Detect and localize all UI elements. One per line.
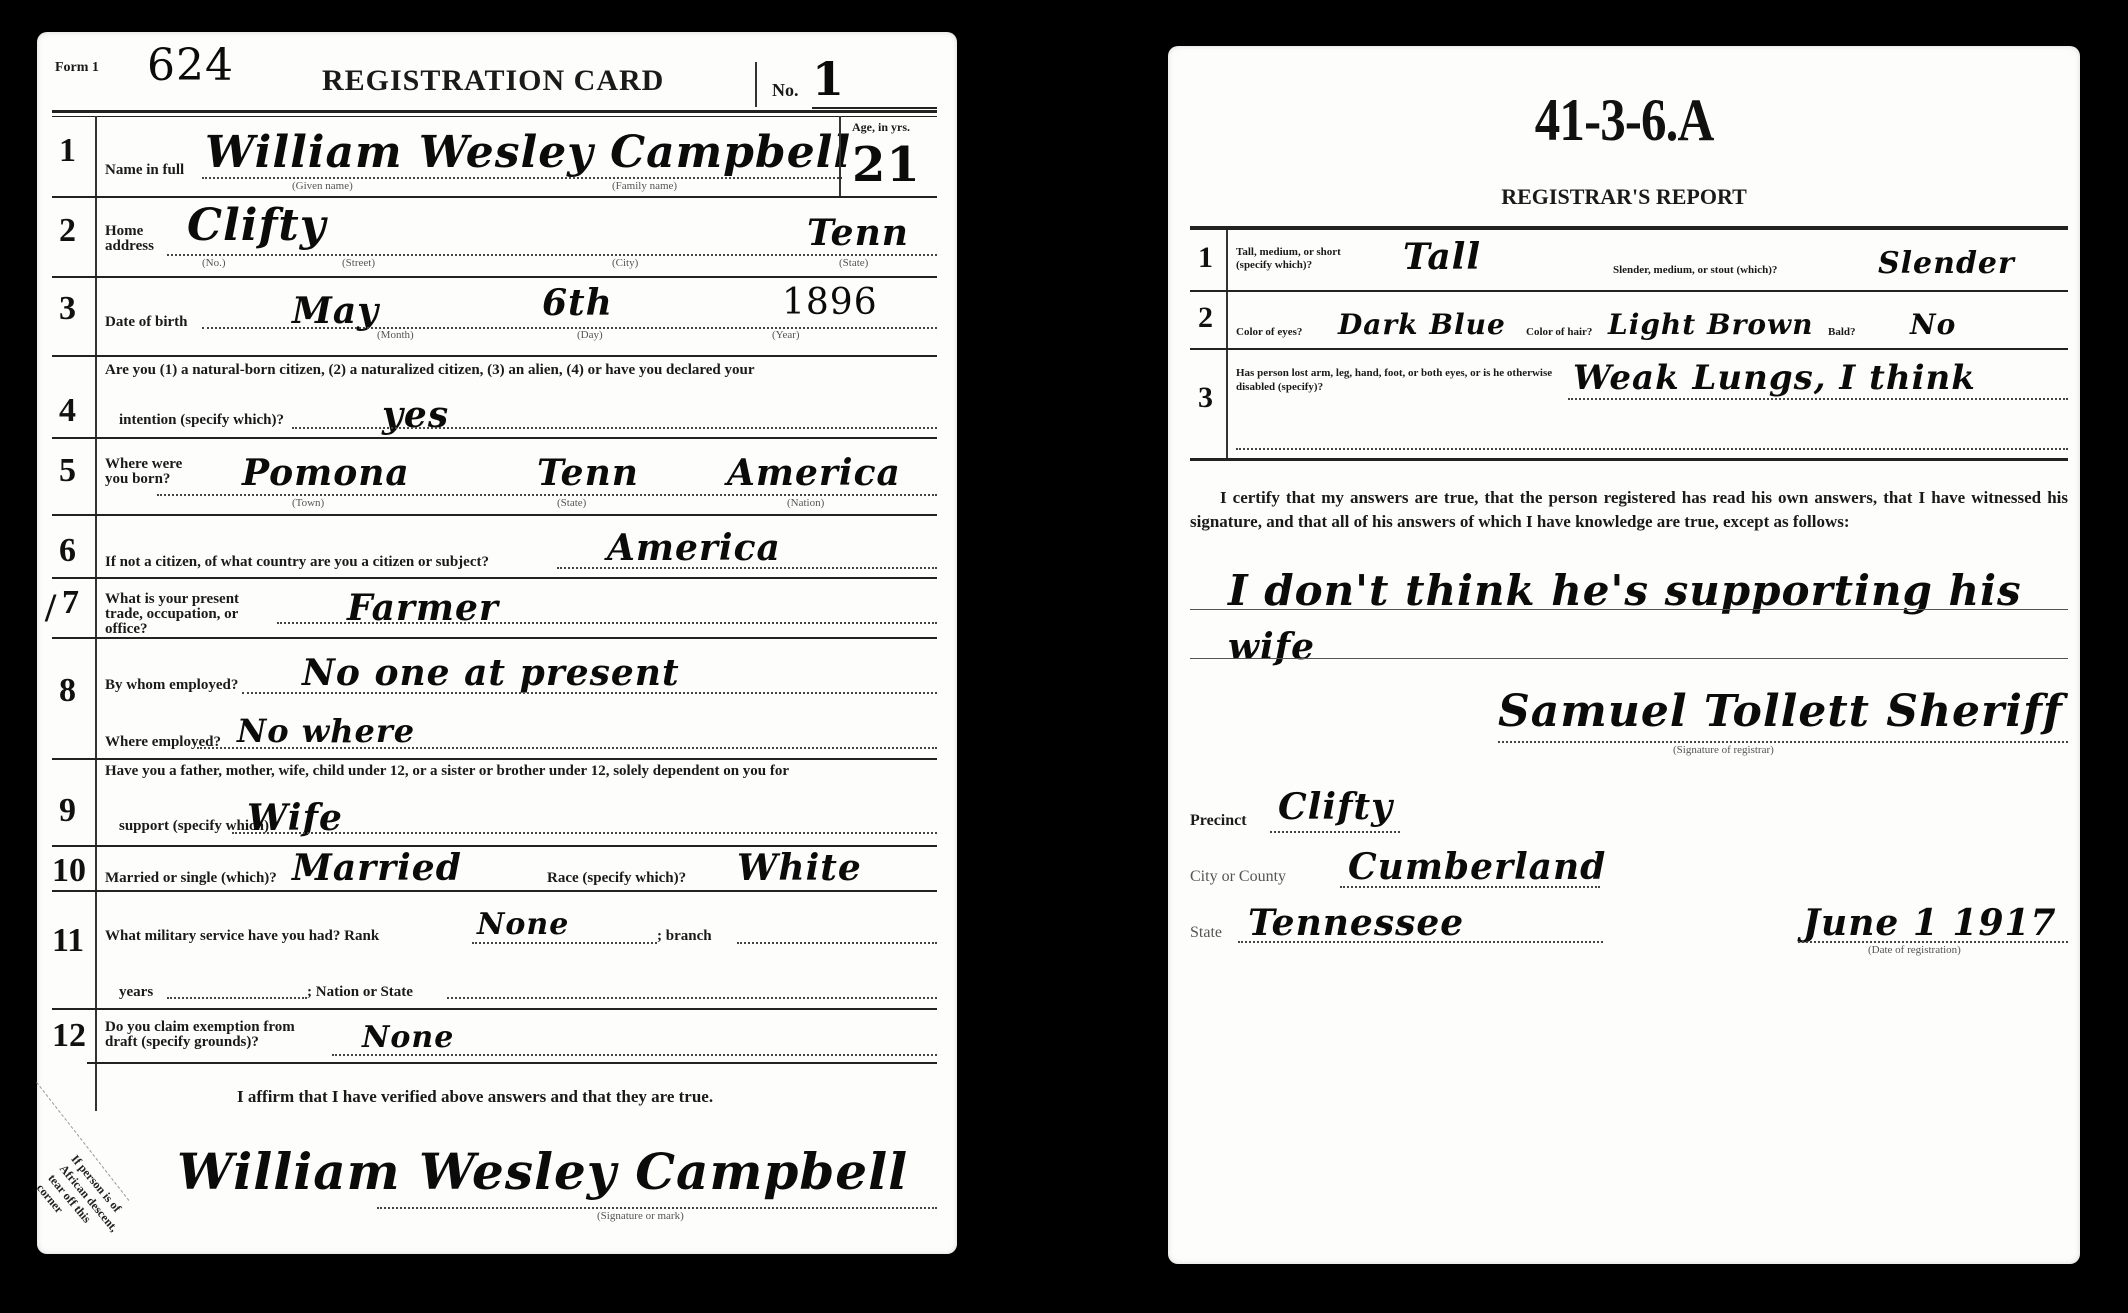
employer-underline [242,692,937,694]
row-number-12: 12 [52,1017,86,1055]
precinct-value[interactable]: Clifty [1278,786,1393,828]
exception-rule-1 [1190,609,2068,610]
report-number-rule [1226,230,1228,460]
registrant-signature: William Wesley Campbell [177,1142,908,1201]
serial-number: 41-3-6.A [1535,86,1714,155]
registration-card: Form 1 624 REGISTRATION CARD No. 1 1 Nam… [37,32,957,1254]
row-rule-1 [52,196,937,198]
state-value[interactable]: Tennessee [1248,902,1464,944]
military-years-label: years [119,984,153,1001]
row-rule-10 [52,890,937,892]
employer-label: By whom employed? [105,677,238,694]
dob-year-value[interactable]: 1896 [782,282,878,323]
foreign-citizen-value[interactable]: America [607,527,781,569]
signature-label: (Signature or mark) [597,1210,684,1222]
years-underline [167,997,307,999]
military-rank-value[interactable]: None [477,907,569,942]
name-label: Name in full [105,162,184,179]
exemption-value[interactable]: None [362,1020,454,1055]
report-top-rule [1190,226,2068,230]
employment-place-value[interactable]: No where [237,712,415,750]
disability-value[interactable]: Weak Lungs, I think [1573,358,1976,398]
row-rule-7 [52,637,937,639]
dob-year-label: (Year) [772,329,800,341]
height-value[interactable]: Tall [1403,236,1481,278]
birthplace-state-value[interactable]: Tenn [537,452,639,494]
number-column-rule [95,116,97,1111]
header-rule-2 [52,116,937,117]
dob-month-value[interactable]: May [292,290,379,332]
registration-date-underline [1798,941,2068,943]
no-label: No. [772,80,799,101]
row-number-8: 8 [59,672,76,710]
foreign-citizen-label: If not a citizen, of what country are yo… [105,554,489,571]
occupation-underline [277,622,937,624]
row-number-9: 9 [59,792,76,830]
report-title: REGISTRAR'S REPORT [1168,184,2080,210]
branch-underline [737,942,937,944]
disability-label: Has person lost arm, leg, hand, foot, or… [1236,366,1566,394]
row-number-5: 5 [59,452,76,490]
row-rule-2 [52,276,937,278]
row-number-11: 11 [52,922,84,960]
address-state-label: (State) [839,257,868,269]
dependents-underline [232,832,937,834]
bald-value[interactable]: No [1910,308,1956,341]
exemption-label: Do you claim exemption from draft (speci… [105,1020,330,1050]
family-name-label: (Family name) [612,180,677,192]
home-city-value[interactable]: Clifty [187,200,326,251]
citizenship-question-line1: Are you (1) a natural-born citizen, (2) … [105,362,935,379]
dob-day-value[interactable]: 6th [542,282,613,324]
tear-off-corner-note: If person is of African descent, tear of… [33,1152,133,1254]
report-bottom-rule [1190,458,2068,461]
row-number-4: 4 [59,392,76,430]
occupation-label: What is your present trade, occupation, … [105,592,275,637]
registrar-signature-underline [1498,741,2068,743]
birthplace-town-value[interactable]: Pomona [242,452,410,494]
age-column-rule [839,116,841,196]
form-number-handwritten: 624 [147,40,234,91]
no-value: 1 [812,52,845,106]
row-rule-8 [52,758,937,760]
county-value[interactable]: Cumberland [1348,846,1606,888]
serial-number-wrap: 41-3-6.A [1168,86,2080,155]
rank-underline [472,942,657,944]
header-divider [755,62,757,107]
name-underline [202,177,842,179]
build-label: Slender, medium, or stout (which)? [1613,264,1777,276]
age-value[interactable]: 21 [852,137,921,193]
card-title: REGISTRATION CARD [322,64,664,98]
row-rule-12 [87,1062,937,1064]
row-number-10: 10 [52,852,86,890]
hair-color-label: Color of hair? [1526,326,1592,338]
registration-date-value[interactable]: June 1 1917 [1803,902,2057,944]
county-label: City or County [1190,868,1286,886]
citizenship-question-line2: intention (specify which)? [119,412,284,429]
address-city-label: (City) [612,257,638,269]
row-number-3: 3 [59,290,76,328]
row-rule-6 [52,577,937,579]
row-rule-4 [52,437,937,439]
hair-color-value[interactable]: Light Brown [1608,308,1814,341]
race-label: Race (specify which)? [547,870,686,887]
birthplace-town-label: (Town) [292,497,324,509]
age-label: Age, in yrs. [852,120,910,135]
military-branch-label: ; branch [657,928,712,945]
row-7-mark: / [45,584,56,631]
marital-status-value[interactable]: Married [292,847,462,889]
row-number-2: 2 [59,212,76,250]
precinct-underline [1270,831,1400,833]
bald-label: Bald? [1828,326,1856,338]
dob-month-label: (Month) [377,329,414,341]
form-label: Form 1 [55,60,99,76]
report-row-number-3: 3 [1198,381,1213,415]
dependents-question-line1: Have you a father, mother, wife, child u… [105,763,789,780]
exception-line-1: I don't think he's supporting his [1228,566,2022,615]
registrar-signature-label: (Signature of registrar) [1673,744,1774,756]
row-number-7: 7 [62,584,79,622]
row-rule-5 [52,514,937,516]
military-nation-label: ; Nation or State [307,984,413,1001]
exception-line-2: wife [1228,626,1315,668]
precinct-label: Precinct [1190,812,1247,830]
address-underline [167,254,937,256]
signature-underline [377,1207,937,1209]
registration-date-label: (Date of registration) [1868,944,1961,956]
state-underline [1238,941,1603,943]
eye-color-label: Color of eyes? [1236,326,1302,338]
address-street-label: (Street) [342,257,375,269]
exemption-underline [332,1054,937,1056]
state-label: State [1190,924,1222,942]
citizenship-value[interactable]: yes [382,394,449,436]
disability-underline [1568,398,2068,400]
given-name-label: (Given name) [292,180,353,192]
birthplace-underline [157,494,937,496]
home-state-value[interactable]: Tenn [807,212,909,254]
header-rule [52,110,937,113]
height-label: Tall, medium, or short (specify which)? [1236,246,1366,272]
employment-place-underline [197,747,937,749]
employer-value[interactable]: No one at present [302,652,680,694]
row-rule-3 [52,355,937,357]
marital-status-label: Married or single (which)? [105,870,277,887]
birthplace-state-label: (State) [557,497,586,509]
certification-text: I certify that my answers are true, that… [1190,486,2068,534]
registrar-signature: Samuel Tollett Sheriff [1498,686,2063,737]
name-value[interactable]: William Wesley Campbell [205,127,851,178]
report-row-number-2: 2 [1198,301,1213,335]
address-no-label: (No.) [202,257,226,269]
row-number-1: 1 [59,132,76,170]
row-rule-11 [52,1008,937,1010]
county-underline [1340,886,1600,888]
citizenship-underline [292,427,937,429]
dob-day-label: (Day) [577,329,603,341]
report-row-number-1: 1 [1198,241,1213,275]
foreign-citizen-underline [557,567,937,569]
military-service-label: What military service have you had? Rank [105,928,379,945]
home-address-label: Home address [105,224,165,254]
exception-rule-2 [1190,658,2068,659]
race-value[interactable]: White [737,847,862,889]
report-row-rule-2 [1190,348,2068,350]
no-underline [812,107,937,109]
birthplace-label: Where were you born? [105,457,190,487]
disability-underline-2 [1236,448,2068,450]
row-number-6: 6 [59,532,76,570]
birthplace-nation-value[interactable]: America [727,452,901,494]
affirmation-text: I affirm that I have verified above answ… [237,1087,713,1107]
dob-underline [202,327,937,329]
nation-underline [447,997,937,999]
eye-color-value[interactable]: Dark Blue [1338,308,1506,341]
registrars-report-card: 41-3-6.A REGISTRAR'S REPORT 1 Tall, medi… [1168,46,2080,1264]
birthplace-nation-label: (Nation) [787,497,824,509]
dob-label: Date of birth [105,314,188,331]
build-value[interactable]: Slender [1878,246,2015,281]
report-row-rule-1 [1190,290,2068,292]
